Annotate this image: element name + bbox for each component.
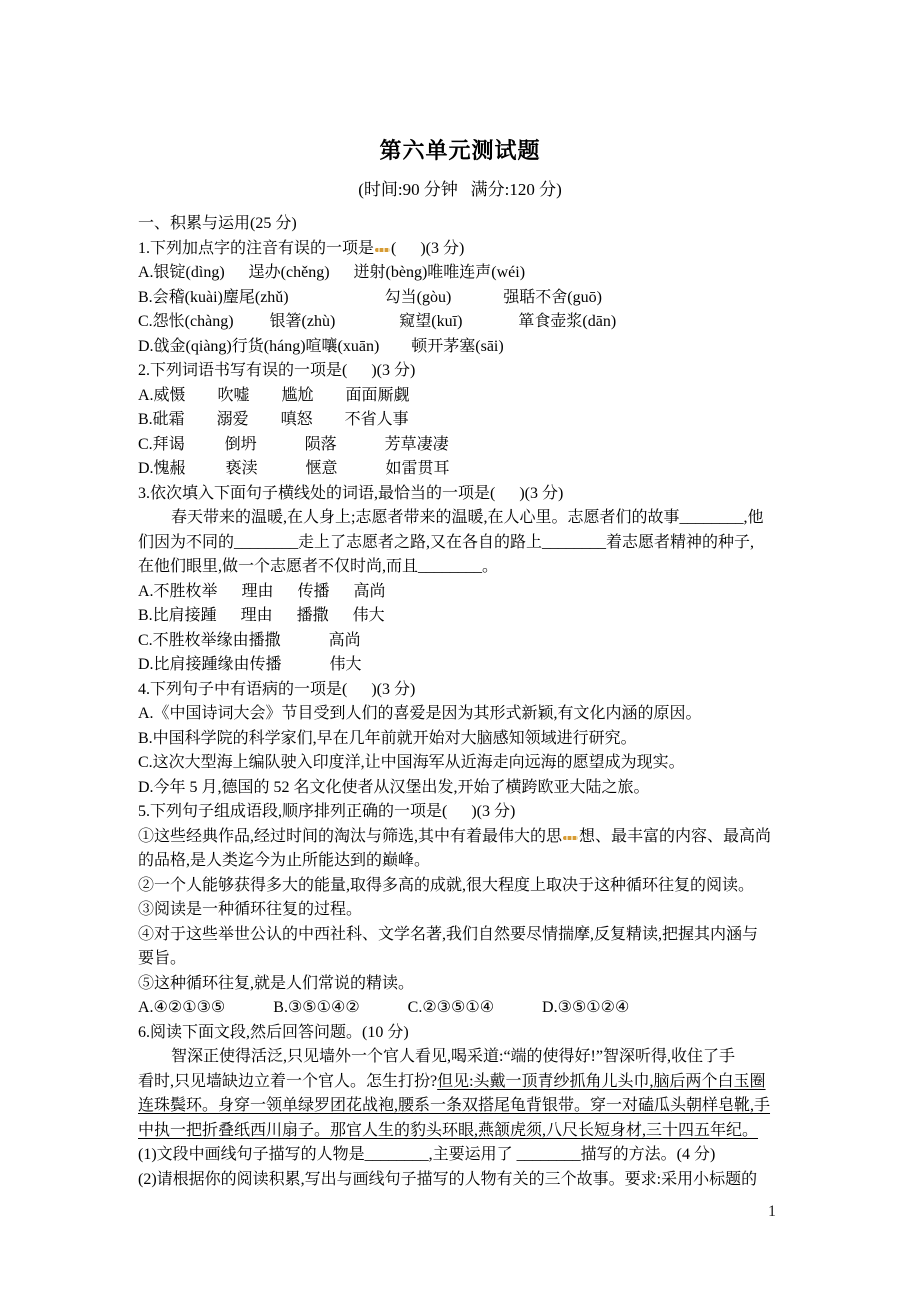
- text-run: 一、积累与运用(25 分): [138, 215, 297, 232]
- text-run: 5.下列句子组成语段,顺序排列正确的一项是( )(3 分): [138, 803, 515, 820]
- page-title: 第六单元测试题: [0, 134, 920, 165]
- doc-line: 2.下列词语书写有误的一项是( )(3 分): [138, 359, 838, 384]
- doc-line: A.④②①③⑤ B.③⑤①④② C.②③⑤①④ D.③⑤①②④: [138, 996, 838, 1021]
- text-run: 2.下列词语书写有误的一项是( )(3 分): [138, 362, 415, 379]
- doc-line: D.比肩接踵缘由传播 伟大: [138, 653, 838, 678]
- doc-line: A.银锭(dìng) 逞办(chěng) 迸射(bèng)唯唯连声(wéi): [138, 261, 838, 286]
- doc-line: D.愧赧 亵渎 惬意 如雷贯耳: [138, 457, 838, 482]
- text-run: 们因为不同的________走上了志愿者之路,又在各自的路上________着志…: [138, 534, 754, 551]
- doc-line: ①这些经典作品,经过时间的淘汰与筛选,其中有着最伟大的思想、最丰富的内容、最高尚: [138, 825, 838, 850]
- text-run: 3.依次填入下面句子横线处的词语,最恰当的一项是( )(3 分): [138, 485, 563, 502]
- doc-line: 5.下列句子组成语段,顺序排列正确的一项是( )(3 分): [138, 800, 838, 825]
- doc-line: 们因为不同的________走上了志愿者之路,又在各自的路上________着志…: [138, 531, 838, 556]
- page-number: 1: [768, 1203, 776, 1221]
- doc-line: 春天带来的温暖,在人身上;志愿者带来的温暖,在人心里。志愿者们的故事______…: [138, 506, 838, 531]
- doc-line: (2)请根据你的阅读积累,写出与画线句子描写的人物有关的三个故事。要求:采用小标…: [138, 1168, 838, 1193]
- text-run: D.今年 5 月,德国的 52 名文化使者从汉堡出发,开始了横跨欧亚大陆之旅。: [138, 779, 650, 796]
- doc-line: 要旨。: [138, 947, 838, 972]
- text-run: 智深正使得活泛,只见墙外一个官人看见,喝采道:“端的使得好!”智深听得,收住了手: [171, 1048, 735, 1065]
- doc-line: 1.下列加点字的注音有误的一项是( )(3 分): [138, 237, 838, 262]
- doc-line: 3.依次填入下面句子横线处的词语,最恰当的一项是( )(3 分): [138, 482, 838, 507]
- doc-line: C.怨怅(chàng) 银箸(zhù) 窥望(kuī) 箪食壶浆(dān): [138, 310, 838, 335]
- doc-line: ⑤这种循环往复,就是人们常说的精读。: [138, 972, 838, 997]
- text-run: ①这些经典作品,经过时间的淘汰与筛选,其中有着最伟大的思: [138, 828, 562, 845]
- text-run: 4.下列句子中有语病的一项是( )(3 分): [138, 681, 415, 698]
- text-run: A.《中国诗词大会》节目受到人们的喜爱是因为其形式新颖,有文化内涵的原因。: [138, 705, 702, 722]
- doc-line: 4.下列句子中有语病的一项是( )(3 分): [138, 678, 838, 703]
- exam-meta-line: (时间:90 分钟 满分:120 分): [0, 175, 920, 200]
- doc-line: ④对于这些举世公认的中西社科、文学名著,我们自然要尽情揣摩,反复精读,把握其内涵…: [138, 923, 838, 948]
- spellcheck-squiggle-icon: [375, 248, 390, 252]
- text-run: ④对于这些举世公认的中西社科、文学名著,我们自然要尽情揣摩,反复精读,把握其内涵…: [138, 926, 758, 943]
- doc-line: B.中国科学院的科学家们,早在几年前就开始对大脑感知领域进行研究。: [138, 727, 838, 752]
- doc-line: A.威慑 吹嘘 尴尬 面面厮觑: [138, 384, 838, 409]
- text-run: B.砒霜 溺爱 嗔怒 不省人事: [138, 411, 409, 428]
- text-run: 春天带来的温暖,在人身上;志愿者带来的温暖,在人心里。志愿者们的故事______…: [171, 509, 763, 526]
- text-run: 6.阅读下面文段,然后回答问题。(10 分): [138, 1024, 409, 1041]
- text-run: A.不胜枚举 理由 传播 高尚: [138, 583, 386, 600]
- doc-line: ③阅读是一种循环往复的过程。: [138, 898, 838, 923]
- doc-line: 6.阅读下面文段,然后回答问题。(10 分): [138, 1021, 838, 1046]
- underlined-text-run: 中执一把折叠纸西川扇子。那官人生的豹头环眼,燕颔虎须,八尺长短身材,三十四五年纪…: [138, 1122, 758, 1139]
- text-run: 在他们眼里,做一个志愿者不仅时尚,而且________。: [138, 558, 498, 575]
- text-run: ⑤这种循环往复,就是人们常说的精读。: [138, 975, 414, 992]
- doc-line: 中执一把折叠纸西川扇子。那官人生的豹头环眼,燕颔虎须,八尺长短身材,三十四五年纪…: [138, 1119, 838, 1144]
- text-run: A.④②①③⑤ B.③⑤①④② C.②③⑤①④ D.③⑤①②④: [138, 999, 629, 1016]
- doc-line: 一、积累与运用(25 分): [138, 212, 838, 237]
- doc-line: D.今年 5 月,德国的 52 名文化使者从汉堡出发,开始了横跨欧亚大陆之旅。: [138, 776, 838, 801]
- doc-line: B.会稽(kuài)麈尾(zhǔ) 勾当(gòu) 强聒不舍(guō): [138, 286, 838, 311]
- doc-line: D.戗金(qiàng)行货(háng)喧嚷(xuān) 顿开茅塞(sāi): [138, 335, 838, 360]
- text-run: ②一个人能够获得多大的能量,取得多高的成就,很大程度上取决于这种循环往复的阅读。: [138, 877, 754, 894]
- text-run: ( )(3 分): [391, 240, 464, 257]
- text-run: 想、最丰富的内容、最高尚: [579, 828, 771, 845]
- text-run: ③阅读是一种循环往复的过程。: [138, 901, 362, 918]
- text-run: A.威慑 吹嘘 尴尬 面面厮觑: [138, 387, 410, 404]
- text-run: D.戗金(qiàng)行货(háng)喧嚷(xuān) 顿开茅塞(sāi): [138, 338, 504, 355]
- doc-line: C.不胜枚举缘由播撒 高尚: [138, 629, 838, 654]
- text-run: D.愧赧 亵渎 惬意 如雷贯耳: [138, 460, 450, 477]
- doc-line: A.《中国诗词大会》节目受到人们的喜爱是因为其形式新颖,有文化内涵的原因。: [138, 702, 838, 727]
- text-run: C.拜谒 倒坍 陨落 芳草凄凄: [138, 436, 449, 453]
- doc-line: ②一个人能够获得多大的能量,取得多高的成就,很大程度上取决于这种循环往复的阅读。: [138, 874, 838, 899]
- text-run: (1)文段中画线句子描写的人物是________,主要运用了 ________描…: [138, 1146, 715, 1163]
- text-run: B.中国科学院的科学家们,早在几年前就开始对大脑感知领域进行研究。: [138, 730, 637, 747]
- doc-line: B.比肩接踵 理由 播撒 伟大: [138, 604, 838, 629]
- text-run: B.比肩接踵 理由 播撒 伟大: [138, 607, 385, 624]
- underlined-text-run: 但见:头戴一顶青纱抓角儿头巾,脑后两个白玉圈: [437, 1073, 765, 1090]
- text-run: 看时,只见墙缺边立着一个官人。怎生打扮?: [138, 1073, 437, 1090]
- doc-line: 的品格,是人类迄今为止所能达到的巅峰。: [138, 849, 838, 874]
- doc-line: 看时,只见墙缺边立着一个官人。怎生打扮?但见:头戴一顶青纱抓角儿头巾,脑后两个白…: [138, 1070, 838, 1095]
- spellcheck-squiggle-icon: [563, 836, 578, 840]
- doc-line: B.砒霜 溺爱 嗔怒 不省人事: [138, 408, 838, 433]
- text-run: D.比肩接踵缘由传播 伟大: [138, 656, 362, 673]
- text-run: 的品格,是人类迄今为止所能达到的巅峰。: [138, 852, 430, 869]
- text-run: C.不胜枚举缘由播撒 高尚: [138, 632, 361, 649]
- document-page: 第六单元测试题 (时间:90 分钟 满分:120 分) 一、积累与运用(25 分…: [0, 0, 920, 1302]
- text-run: B.会稽(kuài)麈尾(zhǔ) 勾当(gòu) 强聒不舍(guō): [138, 289, 602, 306]
- doc-line: 连珠鬓环。身穿一领单绿罗团花战袍,腰系一条双搭尾龟背银带。穿一对磕瓜头朝样皂靴,…: [138, 1094, 838, 1119]
- text-run: 要旨。: [138, 950, 186, 967]
- doc-line: 在他们眼里,做一个志愿者不仅时尚,而且________。: [138, 555, 838, 580]
- doc-line: A.不胜枚举 理由 传播 高尚: [138, 580, 838, 605]
- text-run: C.这次大型海上编队驶入印度洋,让中国海军从近海走向远海的愿望成为现实。: [138, 754, 685, 771]
- text-run: 1.下列加点字的注音有误的一项是: [138, 240, 374, 257]
- text-run: (2)请根据你的阅读积累,写出与画线句子描写的人物有关的三个故事。要求:采用小标…: [138, 1171, 757, 1188]
- doc-line: 智深正使得活泛,只见墙外一个官人看见,喝采道:“端的使得好!”智深听得,收住了手: [138, 1045, 838, 1070]
- text-run: A.银锭(dìng) 逞办(chěng) 迸射(bèng)唯唯连声(wéi): [138, 264, 525, 281]
- doc-line: C.拜谒 倒坍 陨落 芳草凄凄: [138, 433, 838, 458]
- underlined-text-run: 连珠鬓环。身穿一领单绿罗团花战袍,腰系一条双搭尾龟背银带。穿一对磕瓜头朝样皂靴,…: [138, 1097, 770, 1114]
- text-run: C.怨怅(chàng) 银箸(zhù) 窥望(kuī) 箪食壶浆(dān): [138, 313, 616, 330]
- doc-line: C.这次大型海上编队驶入印度洋,让中国海军从近海走向远海的愿望成为现实。: [138, 751, 838, 776]
- doc-line: (1)文段中画线句子描写的人物是________,主要运用了 ________描…: [138, 1143, 838, 1168]
- document-body: 一、积累与运用(25 分)1.下列加点字的注音有误的一项是( )(3 分)A.银…: [138, 212, 838, 1192]
